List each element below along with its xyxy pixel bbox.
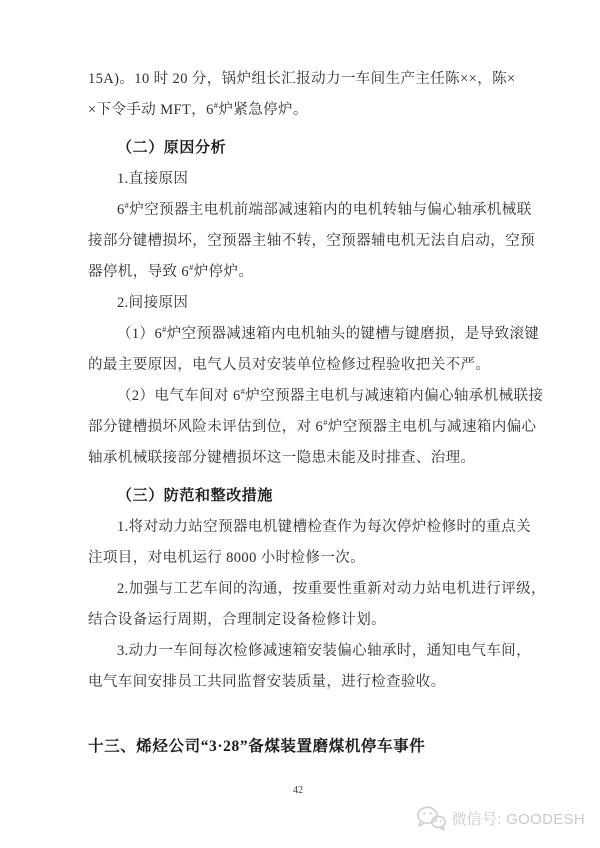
text-line: 结合设备运行周期，合理制定设备检修计划。 [88,605,518,636]
heading-cause-analysis: （二）原因分析 [88,133,518,164]
heading-prevention-measures: （三）防范和整改措施 [88,481,518,512]
text-line: 2.间接原因 [88,288,518,319]
text-line: 轴承机械联接部分键槽损坏这一隐患未能及时排查、治理。 [88,443,518,474]
text-line: 1.将对动力站空预器电机键槽检查作为每次停炉检修时的重点关 [88,512,518,543]
watermark: 微信号: GOODESH [416,805,585,831]
text-line: 15A)。10 时 20 分，锅炉组长汇报动力一车间生产主任陈××，陈× [88,64,518,95]
text-line: 电气车间安排员工共同监督安装质量，进行检查验收。 [88,667,518,698]
text-line: 器停机，导致 6#炉停炉。 [88,257,518,288]
text-line: （1）6#炉空预器减速箱内电机轴头的键槽与键磨损，是导致滚键 [88,319,518,350]
text-line: 注项目，对电机运行 8000 小时检修一次。 [88,543,518,574]
section-heading: 十三、烯烃公司“3·28”备煤装置磨煤机停车事件 [88,734,425,756]
text-line: （2）电气车间对 6#炉空预器主电机与减速箱内偏心轴承机械联接 [88,381,518,412]
text-line: ×下令手动 MFT，6#炉紧急停炉。 [88,95,518,126]
document-body: 15A)。10 时 20 分，锅炉组长汇报动力一车间生产主任陈××，陈× ×下令… [88,64,518,698]
watermark-label: 微信号: GOODESH [451,808,585,829]
text-line: 3.动力一车间每次检修减速箱安装偏心轴承时，通知电气车间， [88,636,518,667]
document-page: 15A)。10 时 20 分，锅炉组长汇报动力一车间生产主任陈××，陈× ×下令… [0,0,600,848]
text-line: 接部分键槽损坏，空预器主轴不转，空预器辅电机无法自启动，空预 [88,226,518,257]
text-line: 的最主要原因，电气人员对安装单位检修过程验收把关不严。 [88,350,518,381]
page-number: 42 [0,785,596,796]
text-line: 1.直接原因 [88,164,518,195]
text-line: 6#炉空预器主电机前端部减速箱内的电机转轴与偏心轴承机械联 [88,195,518,226]
wechat-icon [416,805,446,831]
text-line: 部分键槽损坏风险未评估到位，对 6#炉空预器主电机与减速箱内偏心 [88,412,518,443]
text-line: 2.加强与工艺车间的沟通，按重要性重新对动力站电机进行评级， [88,574,518,605]
